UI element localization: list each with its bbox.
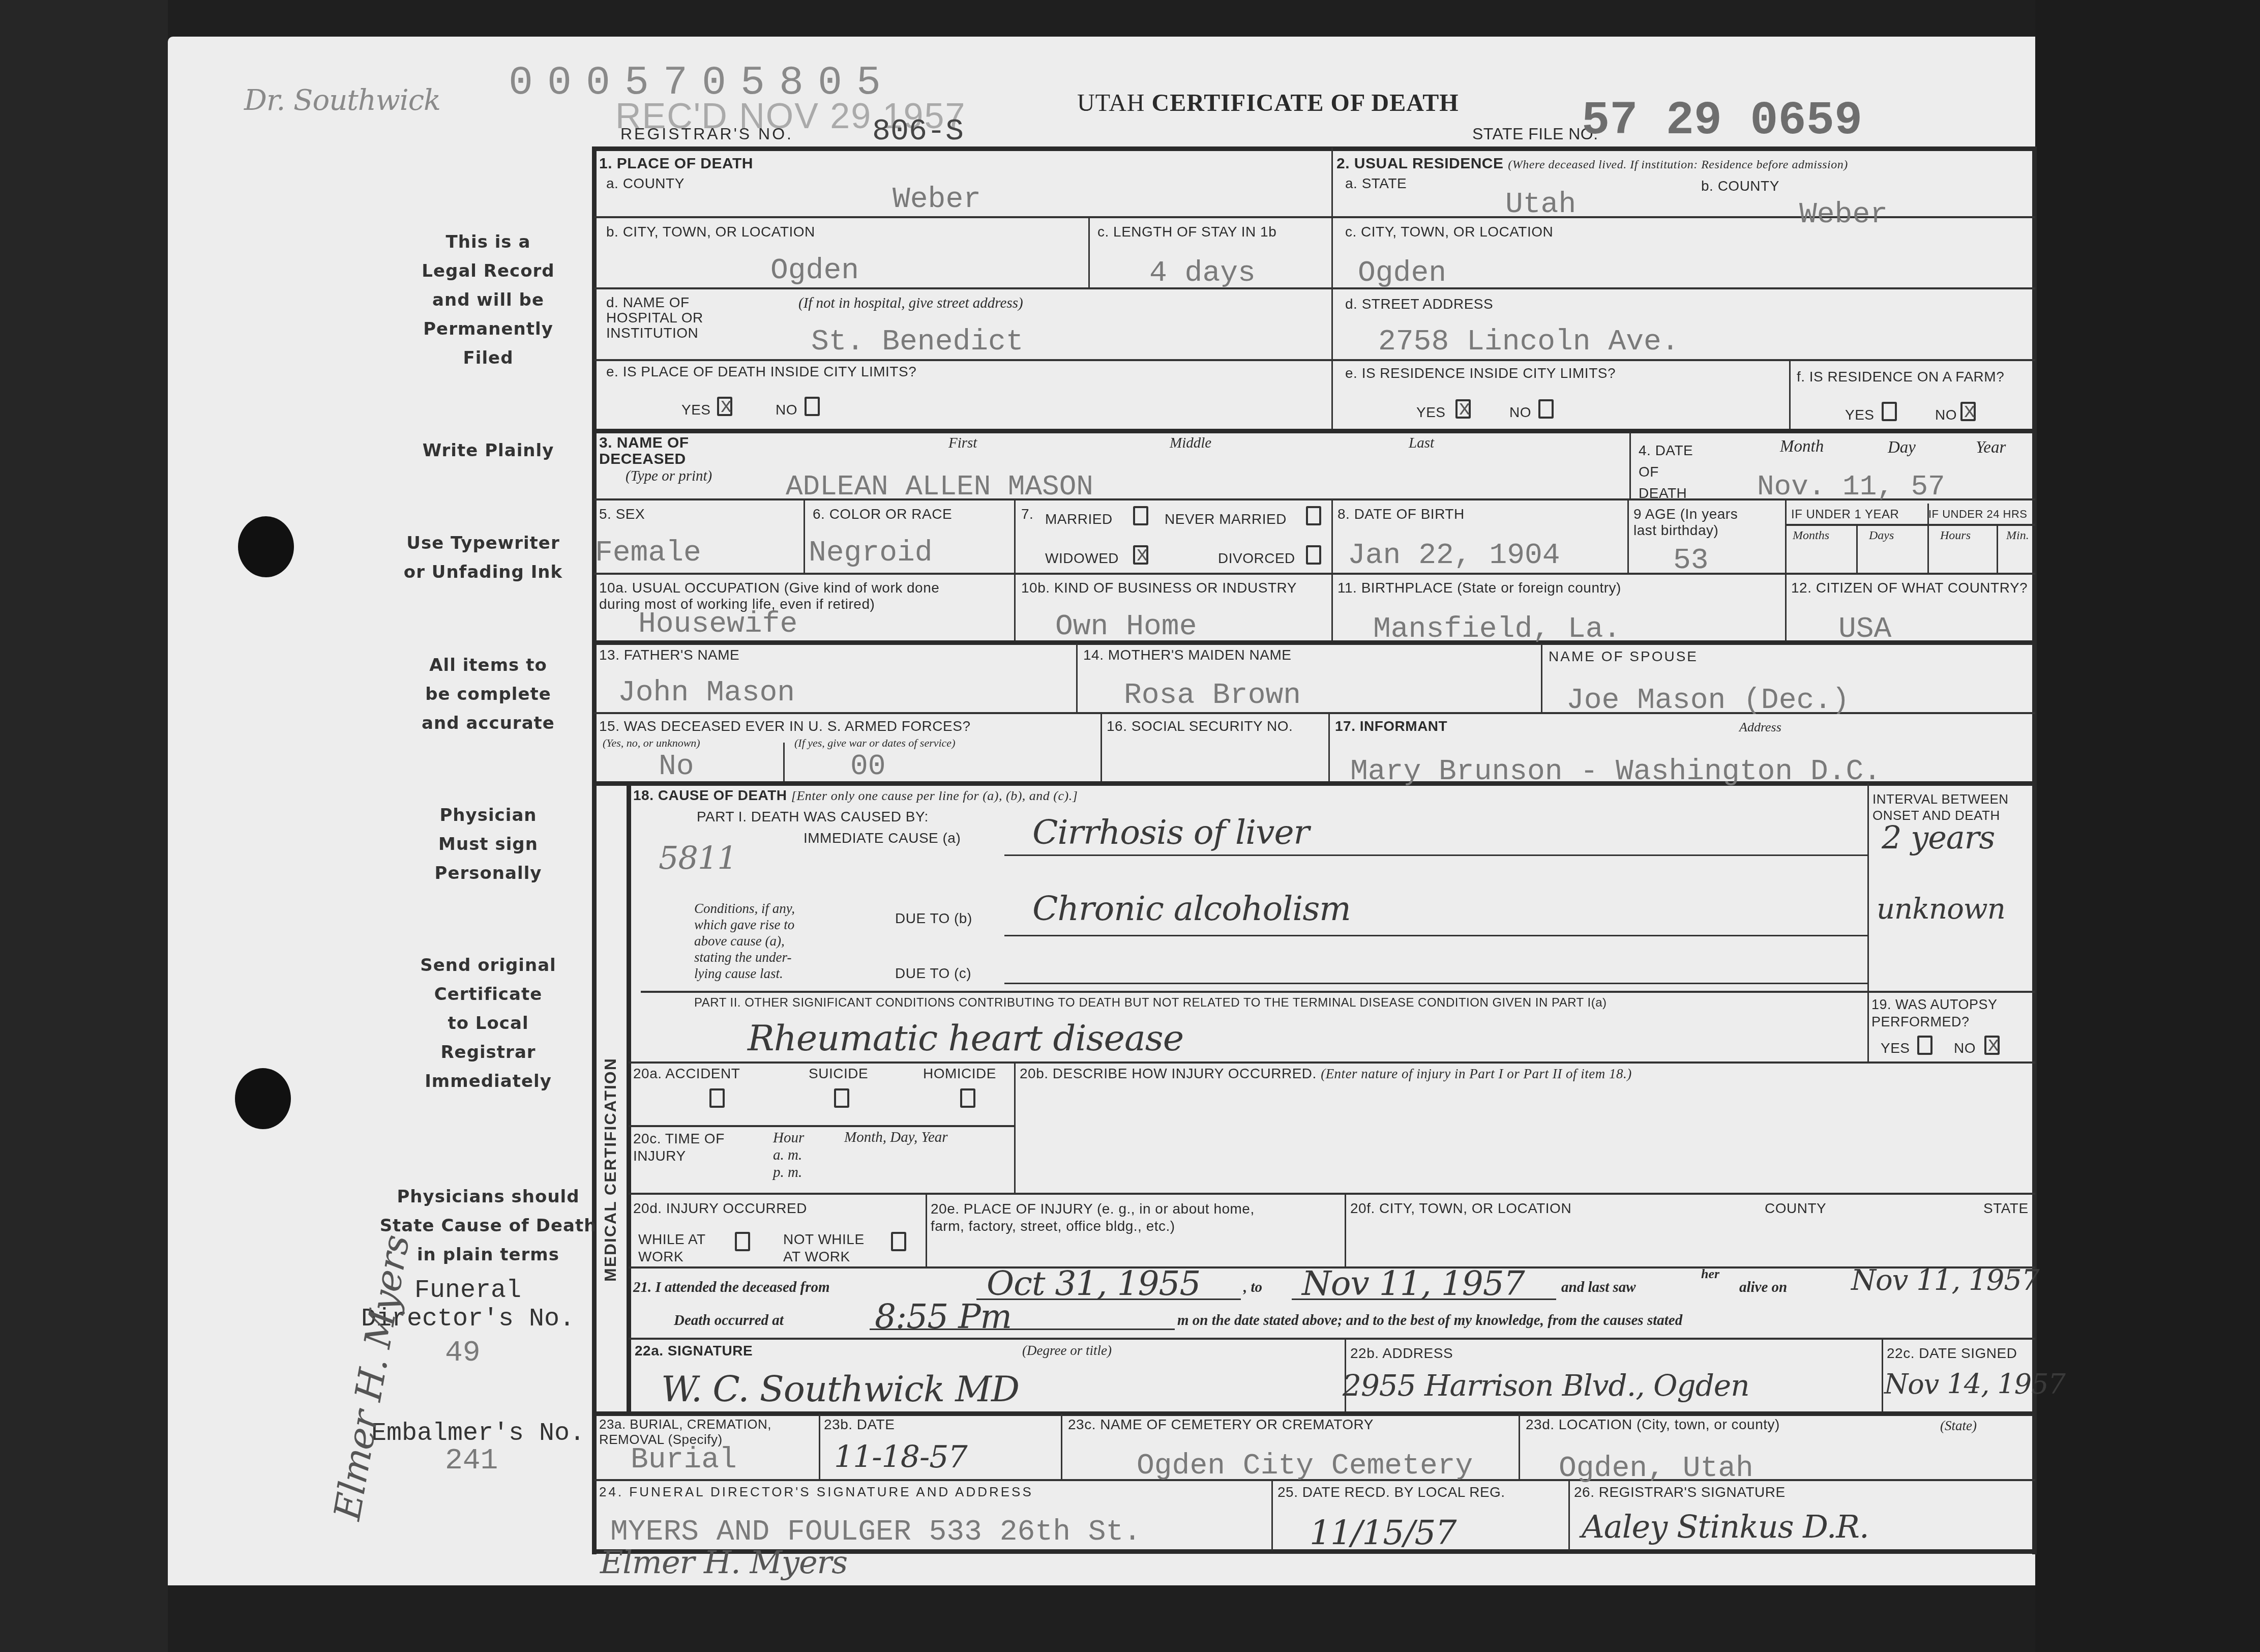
registrar-signature-label: 26. REGISTRAR'S SIGNATURE <box>1574 1484 1786 1500</box>
degree-label: (Degree or title) <box>1022 1343 1112 1359</box>
immediate-cause-label: IMMEDIATE CAUSE (a) <box>804 830 961 846</box>
informant-address-label: Address <box>1739 720 1781 735</box>
location-value: Ogden, Utah <box>1559 1452 1753 1485</box>
burial-date-value: 11-18-57 <box>834 1439 967 1475</box>
residence-city-limits-yes-label: YES <box>1416 404 1446 421</box>
spouse-value: Joe Mason (Dec.) <box>1566 684 1850 717</box>
month-label: Month <box>1780 437 1824 456</box>
date-recd-value: 11/15/57 <box>1310 1513 1456 1552</box>
residence-city-limits-no-label: NO <box>1509 404 1531 421</box>
alive-on-label: alive on <box>1739 1279 1787 1296</box>
row-line <box>594 1411 2035 1416</box>
location-label: 23d. LOCATION (City, town, or county) <box>1526 1417 1780 1433</box>
top-annotation: Dr. Southwick <box>244 84 440 117</box>
form-top-border <box>594 146 2035 151</box>
father-value: John Mason <box>618 676 795 710</box>
divider <box>819 1414 820 1480</box>
stay-value: 4 days <box>1149 257 1256 290</box>
attended-from-value: Oct 31, 1955 <box>987 1264 1200 1303</box>
divider-farm <box>1789 360 1791 430</box>
accident-checkbox[interactable] <box>709 1088 725 1108</box>
hole-punch-top <box>238 516 294 577</box>
months-label: Months <box>1793 529 1829 543</box>
hospital-value: St. Benedict <box>811 326 1024 359</box>
row-line <box>594 359 2035 361</box>
date-of-death-label: 4. DATE OF DEATH <box>1639 440 1693 504</box>
residence-farm-label: f. IS RESIDENCE ON A FARM? <box>1797 369 2004 385</box>
certificate-title: UTAH CERTIFICATE OF DEATH <box>1077 89 1459 117</box>
divider <box>1014 1063 1016 1194</box>
state-file-no: 57 29 0659 <box>1582 94 1862 147</box>
divider-stay <box>1088 217 1090 288</box>
spouse-label: NAME OF SPOUSE <box>1549 648 1698 665</box>
divider <box>1076 643 1078 714</box>
residence-county-label: b. COUNTY <box>1701 178 1779 194</box>
divider <box>1541 643 1542 714</box>
due-to-c-line <box>1004 983 1867 984</box>
attended-from-line <box>976 1299 1241 1300</box>
autopsy-yes-checkbox[interactable] <box>1917 1036 1932 1055</box>
first-name-label: First <box>948 435 977 452</box>
injury-occurred-label: 20d. INJURY OCCURRED <box>633 1200 807 1217</box>
due-to-b-label: DUE TO (b) <box>895 910 972 927</box>
age-value: 53 <box>1673 544 1709 577</box>
divider <box>1331 574 1333 641</box>
last-name-label: Last <box>1409 435 1434 452</box>
informant-value: Mary Brunson - Washington D.C. <box>1350 755 1881 788</box>
row-line <box>594 573 2035 575</box>
row-line <box>641 991 2035 993</box>
place-of-death-heading: 1. PLACE OF DEATH <box>599 155 753 172</box>
hours-label: Hours <box>1940 529 1971 543</box>
divider <box>1101 713 1102 782</box>
not-while-at-work-label: NOT WHILE AT WORK <box>783 1231 865 1265</box>
place-city-label: b. CITY, TOWN, OR LOCATION <box>606 224 815 240</box>
hour-label: Hour a. m. p. m. <box>773 1129 804 1181</box>
last-saw-label: and last saw <box>1561 1279 1636 1296</box>
autopsy-no-checkbox[interactable] <box>1984 1036 2000 1055</box>
informant-label: 17. INFORMANT <box>1335 718 1447 734</box>
name-heading: 3. NAME OF DECEASED <box>599 435 689 467</box>
burial-date-label: 23b. DATE <box>824 1417 895 1433</box>
divider-interval <box>1867 783 1869 1062</box>
widowed-label: WIDOWED <box>1045 550 1119 567</box>
margin-note-send-original: Send original Certificate to Local Regis… <box>376 951 600 1096</box>
married-label: MARRIED <box>1045 511 1113 527</box>
last-saw-pronoun: her <box>1701 1266 1719 1282</box>
ssn-label: 16. SOCIAL SECURITY NO. <box>1107 718 1293 734</box>
interval-b-value: unknown <box>1877 893 2005 926</box>
margin-note-physician-sign: Physician Must sign Personally <box>376 801 600 888</box>
residence-city-label: c. CITY, TOWN, OR LOCATION <box>1345 224 1553 240</box>
autopsy-no-label: NO <box>1954 1040 1976 1056</box>
place-city-limits-yes-label: YES <box>681 402 711 418</box>
injury-county-label: COUNTY <box>1765 1200 1826 1217</box>
date-signed-label: 22c. DATE SIGNED <box>1887 1345 2017 1362</box>
physician-signature: W. C. Southwick MD <box>661 1368 1019 1410</box>
attended-to-label: , to <box>1243 1279 1262 1296</box>
divider <box>1331 499 1333 574</box>
residence-city-limits-no-checkbox[interactable] <box>1538 399 1554 419</box>
mdy-label: Month, Day, Year <box>844 1129 948 1146</box>
row-line <box>629 1193 2035 1195</box>
married-checkbox[interactable] <box>1133 506 1148 525</box>
title-prefix: UTAH <box>1077 90 1145 116</box>
dob-label: 8. DATE OF BIRTH <box>1337 506 1465 522</box>
part2-value: Rheumatic heart disease <box>748 1017 1183 1059</box>
registrars-no-label: REGISTRAR'S NO. <box>620 125 793 143</box>
divider <box>1345 1194 1346 1267</box>
marital-number: 7. <box>1021 506 1033 522</box>
row-line <box>629 1061 2035 1064</box>
divider <box>1568 1480 1570 1550</box>
residence-city-limits-yes-checkbox[interactable] <box>1455 399 1471 419</box>
divider <box>1014 574 1016 641</box>
min-label: Min. <box>2006 529 2029 543</box>
day-label: Day <box>1888 438 1916 457</box>
row-line <box>629 1338 2035 1340</box>
residence-county-value: Weber <box>1799 198 1888 231</box>
under-1-year-label: IF UNDER 1 YEAR <box>1791 508 1899 522</box>
divider <box>1882 1339 1883 1412</box>
while-at-work-label: WHILE AT WORK <box>638 1231 706 1265</box>
residence-city-value: Ogden <box>1358 257 1446 290</box>
immediate-cause-line <box>1004 854 1867 856</box>
conditions-note: Conditions, if any, which gave rise to a… <box>694 900 795 982</box>
injury-state-label: STATE <box>1983 1200 2029 1217</box>
race-label: 6. COLOR OR RACE <box>813 506 952 522</box>
physician-address-value: 2955 Harrison Blvd., Ogden <box>1343 1368 1749 1403</box>
mother-label: 14. MOTHER'S MAIDEN NAME <box>1083 647 1291 663</box>
attended-to-value: Nov 11, 1957 <box>1302 1264 1525 1303</box>
while-at-work-checkbox[interactable] <box>735 1232 750 1251</box>
attended-label: 21. I attended the deceased from <box>633 1279 830 1296</box>
scanner-background-left <box>0 0 168 1652</box>
divider <box>1014 499 1016 574</box>
divider <box>1627 499 1629 574</box>
row-line <box>629 1125 1015 1127</box>
burial-value: Burial <box>631 1443 737 1477</box>
due-to-b-value: Chronic alcoholism <box>1032 889 1351 928</box>
state-file-no-label: STATE FILE NO. <box>1472 125 1598 143</box>
divider <box>1997 525 1998 574</box>
row-line <box>594 429 2035 433</box>
cemetery-value: Ogden City Cemetery <box>1137 1450 1473 1483</box>
place-city-limits-no-checkbox[interactable] <box>805 397 820 416</box>
armed-forces-value: No <box>659 750 694 783</box>
date-of-death-value: Nov. 11, 57 <box>1757 470 1945 503</box>
death-occurred-label: Death occurred at <box>674 1312 784 1329</box>
scanner-background-right <box>2035 0 2260 1652</box>
divider <box>1271 1480 1273 1550</box>
sex-label: 5. SEX <box>599 506 645 522</box>
embalmer-no: 241 <box>445 1444 498 1478</box>
deceased-name-value: ADLEAN ALLEN MASON <box>786 470 1093 503</box>
due-to-c-label: DUE TO (c) <box>895 965 971 982</box>
homicide-checkbox[interactable] <box>960 1088 975 1108</box>
armed-forces-label: 15. WAS DECEASED EVER IN U. S. ARMED FOR… <box>599 718 970 734</box>
armed-forces-note-b: (If yes, give war or dates of service) <box>794 736 955 750</box>
citizen-value: USA <box>1838 613 1891 646</box>
homicide-label: HOMICIDE <box>923 1066 996 1082</box>
mother-value: Rosa Brown <box>1124 679 1301 712</box>
age-label: 9 AGE (In years last birthday) <box>1633 506 1738 539</box>
birthplace-label: 11. BIRTHPLACE (State or foreign country… <box>1337 580 1621 596</box>
interval-a-value: 2 years <box>1882 819 1995 856</box>
row-line <box>594 640 2035 645</box>
birthplace-value: Mansfield, La. <box>1373 613 1621 646</box>
immediate-cause-value: Cirrhosis of liver <box>1032 813 1309 852</box>
code-annotation: 5811 <box>659 839 737 876</box>
place-county-value: Weber <box>893 183 981 216</box>
hole-punch-bottom <box>235 1068 291 1129</box>
funeral-director-signature: Elmer H. Myers <box>600 1544 847 1581</box>
name-note: (Type or print) <box>626 468 712 485</box>
margin-note-write-plainly: Write Plainly <box>376 436 600 465</box>
residence-farm-no-checkbox[interactable] <box>1960 402 1976 421</box>
armed-forces-note-a: (Yes, no, or unknown) <box>603 736 700 750</box>
burial-label: 23a. BURIAL, CREMATION, REMOVAL (Specify… <box>599 1417 771 1447</box>
physician-address-label: 22b. ADDRESS <box>1350 1345 1453 1362</box>
margin-note-legal-record: This is a Legal Record and will be Perma… <box>376 228 600 373</box>
residence-street-value: 2758 Lincoln Ave. <box>1378 326 1679 359</box>
medical-inner-border <box>627 783 631 1412</box>
residence-farm-no-label: NO <box>1935 407 1957 423</box>
residence-street-label: d. STREET ADDRESS <box>1345 296 1493 312</box>
suicide-label: SUICIDE <box>809 1066 868 1082</box>
place-city-limits-label: e. IS PLACE OF DEATH INSIDE CITY LIMITS? <box>606 364 916 380</box>
occupation-value: Housewife <box>638 608 797 641</box>
attended-to-line <box>1292 1299 1556 1300</box>
hospital-note: (If not in hospital, give street address… <box>798 295 1023 312</box>
registrar-signature-value: Aaley Stinkus D.R. <box>1582 1508 1869 1545</box>
alive-on-value: Nov 11, 1957 <box>1851 1264 2039 1297</box>
margin-note-complete: All items to be complete and accurate <box>376 651 600 738</box>
divider <box>1785 499 1787 642</box>
citizen-label: 12. CITIZEN OF WHAT COUNTRY? <box>1791 580 2028 596</box>
form-right-border <box>2032 146 2037 1554</box>
widowed-checkbox[interactable] <box>1133 545 1148 565</box>
part1-label: PART I. DEATH WAS CAUSED BY: <box>697 809 929 825</box>
place-county-label: a. COUNTY <box>606 175 685 192</box>
residence-farm-yes-label: YES <box>1845 407 1875 423</box>
place-city-value: Ogden <box>770 254 859 287</box>
date-recd-label: 25. DATE RECD. BY LOCAL REG. <box>1277 1484 1505 1500</box>
death-statement: m on the date stated above; and to the b… <box>1177 1312 1682 1329</box>
funeral-director-no: 49 <box>445 1337 481 1370</box>
father-label: 13. FATHER'S NAME <box>599 647 739 663</box>
service-dates-value: 00 <box>850 750 886 783</box>
divorced-checkbox[interactable] <box>1306 545 1321 565</box>
margin-note-typewriter: Use Typewriter or Unfading Ink <box>361 529 605 587</box>
place-city-limits-no-label: NO <box>776 402 797 418</box>
injury-city-label: 20f. CITY, TOWN, OR LOCATION <box>1350 1200 1571 1217</box>
stay-label: c. LENGTH OF STAY IN 1b <box>1097 224 1276 240</box>
divider-date-of-death <box>1629 432 1631 498</box>
under-24-hrs-label: IF UNDER 24 HRS <box>1928 508 2028 521</box>
residence-heading: 2. USUAL RESIDENCE (Where deceased lived… <box>1336 155 1848 172</box>
place-of-injury-label: 20e. PLACE OF INJURY (e. g., in or about… <box>931 1200 1255 1235</box>
not-while-at-work-checkbox[interactable] <box>891 1232 906 1251</box>
divider <box>1061 1414 1062 1480</box>
residence-farm-yes-checkbox[interactable] <box>1882 402 1897 421</box>
days-label: Days <box>1869 529 1894 543</box>
location-state-label: (State) <box>1940 1418 1977 1434</box>
middle-name-label: Middle <box>1170 435 1211 452</box>
divider <box>783 743 785 782</box>
embalmer-no-label: Embalmer's No. <box>356 1419 600 1448</box>
autopsy-yes-label: YES <box>1881 1040 1910 1056</box>
death-time-value: 8:55 Pm <box>875 1297 1012 1336</box>
part2-label: PART II. OTHER SIGNIFICANT CONDITIONS CO… <box>694 996 1607 1010</box>
suicide-checkbox[interactable] <box>834 1088 849 1108</box>
title-main: CERTIFICATE OF DEATH <box>1151 90 1459 116</box>
row-line <box>594 287 2035 289</box>
cause-heading: 18. CAUSE OF DEATH [Enter only one cause… <box>633 787 1078 804</box>
residence-state-label: a. STATE <box>1345 175 1407 192</box>
divider <box>1856 525 1858 574</box>
due-to-b-line <box>1004 935 1867 936</box>
date-signed-value: Nov 14, 1957 <box>1884 1368 2065 1400</box>
time-of-injury-label: 20c. TIME OF INJURY <box>633 1130 725 1165</box>
signature-label: 22a. SIGNATURE <box>635 1343 753 1359</box>
divider <box>804 499 805 574</box>
business-value: Own Home <box>1055 610 1197 643</box>
death-time-line <box>870 1329 1175 1330</box>
place-city-limits-yes-checkbox[interactable] <box>717 397 732 416</box>
sex-value: Female <box>595 537 701 570</box>
dob-value: Jan 22, 1904 <box>1348 539 1560 572</box>
autopsy-label: 19. WAS AUTOPSY PERFORMED? <box>1871 996 1998 1030</box>
divider <box>1519 1414 1520 1480</box>
year-label: Year <box>1976 438 2006 457</box>
cemetery-label: 23c. NAME OF CEMETERY OR CREMATORY <box>1068 1417 1374 1433</box>
never-married-label: NEVER MARRIED <box>1165 511 1287 527</box>
accident-label: 20a. ACCIDENT <box>633 1066 740 1082</box>
race-value: Negroid <box>809 537 933 570</box>
never-married-checkbox[interactable] <box>1306 506 1321 525</box>
business-label: 10b. KIND OF BUSINESS OR INDUSTRY <box>1021 580 1297 596</box>
hospital-label: d. NAME OF HOSPITAL OR INSTITUTION <box>606 295 703 341</box>
divider <box>926 1194 927 1267</box>
divorced-label: DIVORCED <box>1218 550 1295 567</box>
divider <box>1328 713 1330 782</box>
funeral-director-label: 24. FUNERAL DIRECTOR'S SIGNATURE AND ADD… <box>599 1484 1033 1500</box>
residence-state-value: Utah <box>1505 188 1576 221</box>
registrars-no: 806-S <box>872 114 964 149</box>
injury-desc-label: 20b. DESCRIBE HOW INJURY OCCURRED. (Ente… <box>1020 1066 1632 1082</box>
residence-city-limits-label: e. IS RESIDENCE INSIDE CITY LIMITS? <box>1345 365 1616 381</box>
